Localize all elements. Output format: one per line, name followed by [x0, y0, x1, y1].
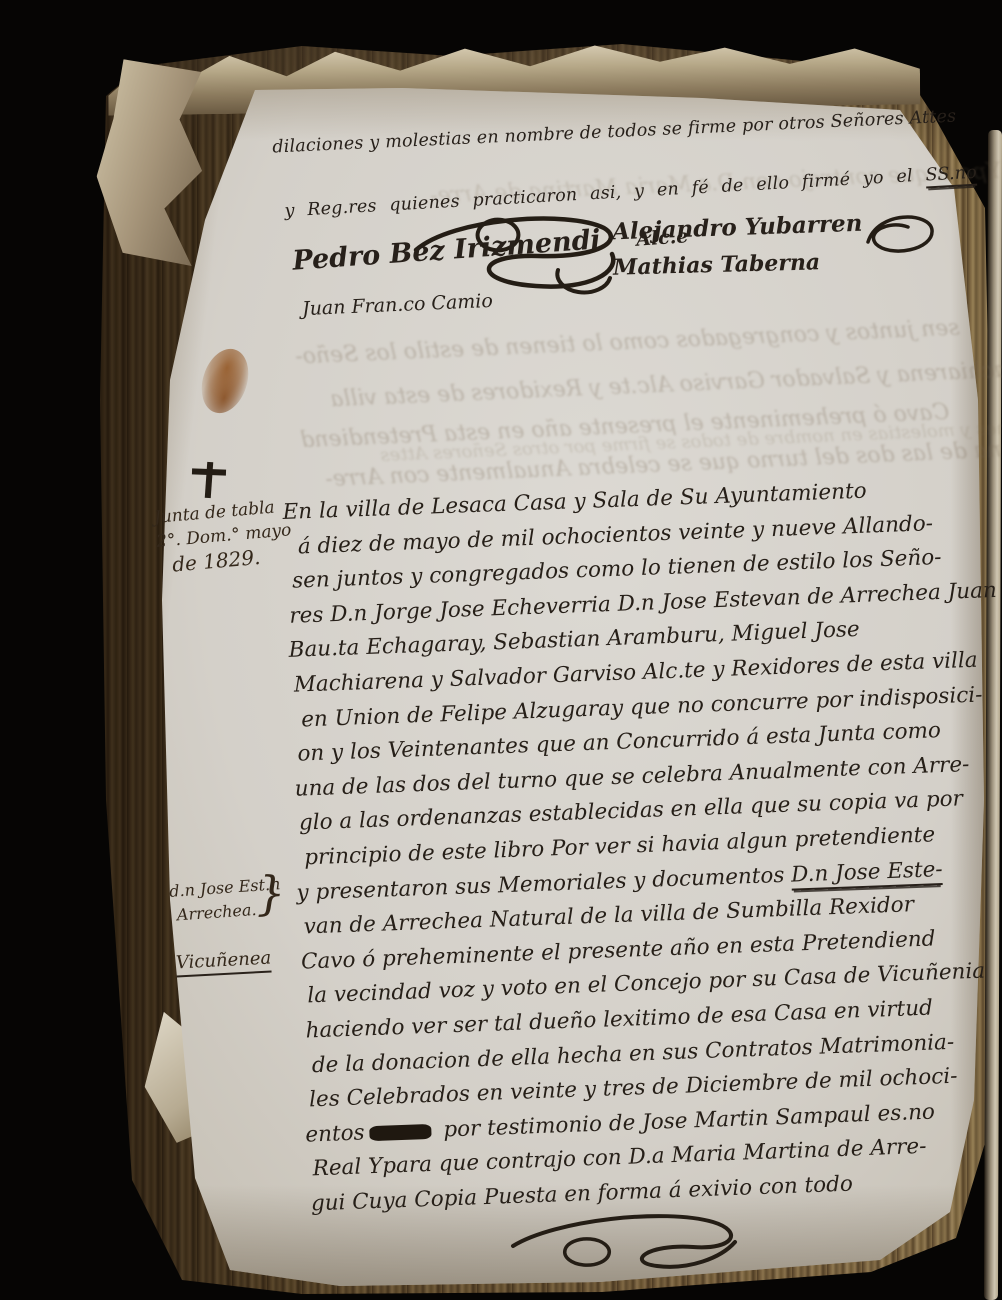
- act-body-text: En la villa de Lesaca Casa y Sala de Su …: [282, 471, 998, 1222]
- photographed-manuscript: sen juntos y congregados como lo tienen …: [0, 0, 1002, 1300]
- signature-juan: Juan Fran.co Camio: [302, 290, 494, 320]
- ink-layer: dilaciones y molestias en nombre de todo…: [0, 0, 1002, 1300]
- signature-alejandro: Alejandro Yubarren: [612, 210, 863, 246]
- inked-out-word: [369, 1124, 432, 1141]
- signature-rubric-small: [858, 200, 943, 270]
- body-line-19-pre: entos: [305, 1120, 365, 1147]
- escribano-mark: SS.no: [925, 163, 978, 189]
- margin-note-junta: Junta de tabla 2°. Dom.° mayo de 1829.: [153, 494, 294, 578]
- signature-mathias: Mathias Taberna: [613, 249, 821, 280]
- end-flourish: [505, 1202, 755, 1274]
- body-line-12-underlined: D.n Jose Este-: [791, 857, 943, 891]
- closing-line-1: dilaciones y molestias en nombre de todo…: [272, 106, 957, 157]
- cross-mark: [192, 462, 226, 498]
- margin-note-vicunenea: Vicuñenea: [175, 948, 272, 978]
- margin-brace: }: [255, 866, 286, 921]
